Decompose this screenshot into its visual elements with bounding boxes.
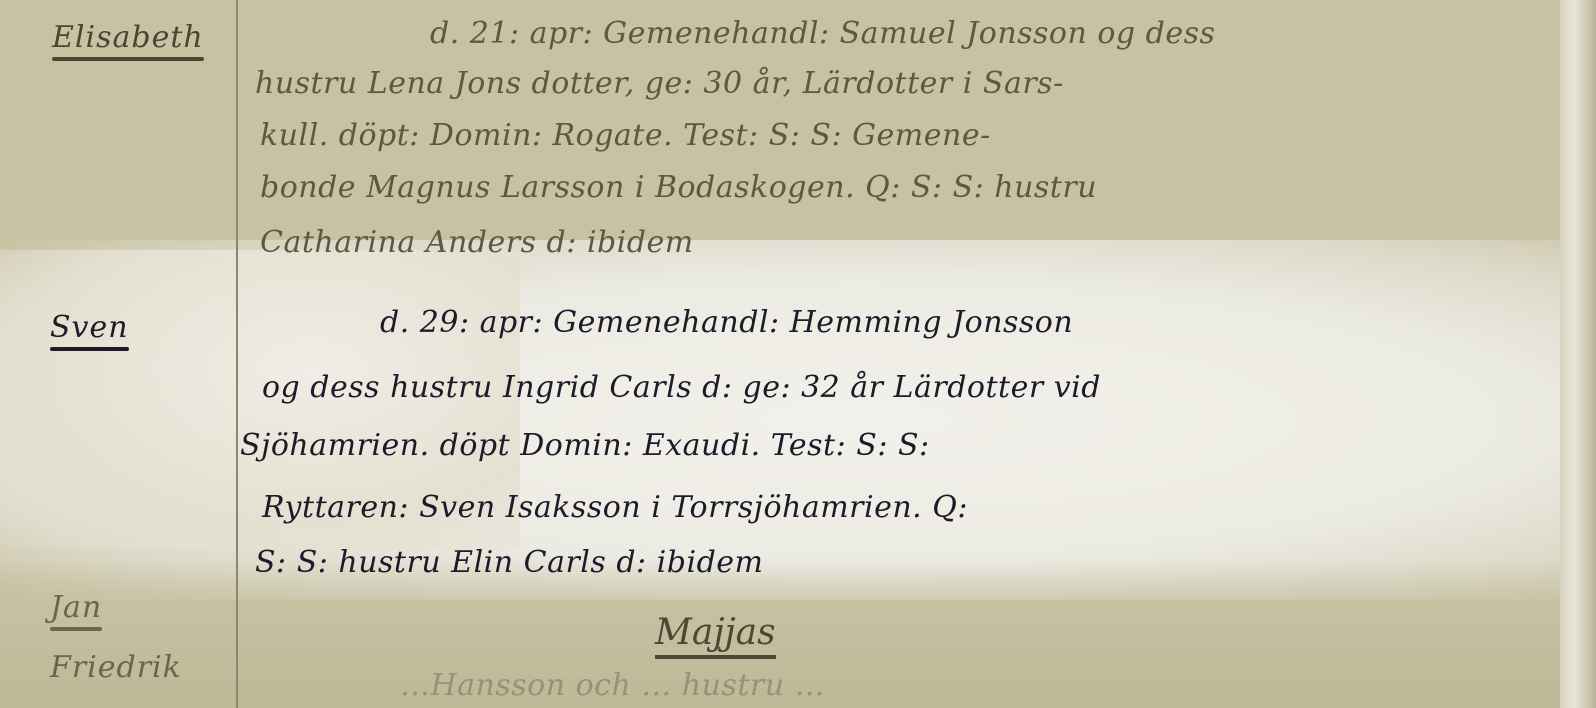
underline: [655, 655, 776, 659]
next-entry-partial-line: …Hansson och … hustru …: [400, 668, 825, 703]
entry-1-line-2: hustru Lena Jons dotter, ge: 30 år, Lärd…: [255, 66, 1064, 101]
entry-1-line-3: kull. döpt: Domin: Rogate. Test: S: S: G…: [260, 118, 991, 153]
underline: [50, 627, 102, 631]
margin-name-text: Jan: [50, 590, 102, 625]
margin-name-text: Elisabeth: [52, 20, 204, 55]
margin-name-elisabeth: Elisabeth: [52, 20, 204, 61]
margin-name-text: Friedrik: [50, 650, 182, 685]
register-page: Elisabeth Sven Jan Friedrik d. 21: apr: …: [0, 0, 1596, 708]
margin-name-friedrik: Friedrik: [50, 650, 182, 685]
margin-name-text: Sven: [50, 310, 129, 345]
entry-1-line-1: d. 21: apr: Gemenehandl: Samuel Jonsson …: [430, 16, 1215, 51]
margin-rule: [236, 0, 238, 708]
page-edge: [1560, 0, 1596, 708]
underline: [50, 347, 129, 351]
entry-2-line-2: og dess hustru Ingrid Carls d: ge: 32 år…: [262, 370, 1101, 405]
entry-2-line-4: Ryttaren: Sven Isaksson i Torrsjöhamrien…: [262, 490, 968, 525]
entry-2-line-5: S: S: hustru Elin Carls d: ibidem: [255, 545, 763, 580]
entry-2-line-3: Sjöhamrien. döpt Domin: Exaudi. Test: S:…: [240, 428, 930, 463]
entry-2-line-1: d. 29: apr: Gemenehandl: Hemming Jonsson: [380, 305, 1073, 340]
underline: [52, 57, 204, 61]
entry-1-line-4: bonde Magnus Larsson i Bodaskogen. Q: S:…: [260, 170, 1097, 205]
next-entry-heading: Majjas: [655, 612, 776, 659]
margin-name-sven: Sven: [50, 310, 129, 351]
margin-name-jan: Jan: [50, 590, 102, 631]
entry-1-line-5: Catharina Anders d: ibidem: [260, 225, 694, 260]
heading-text: Majjas: [655, 612, 776, 653]
